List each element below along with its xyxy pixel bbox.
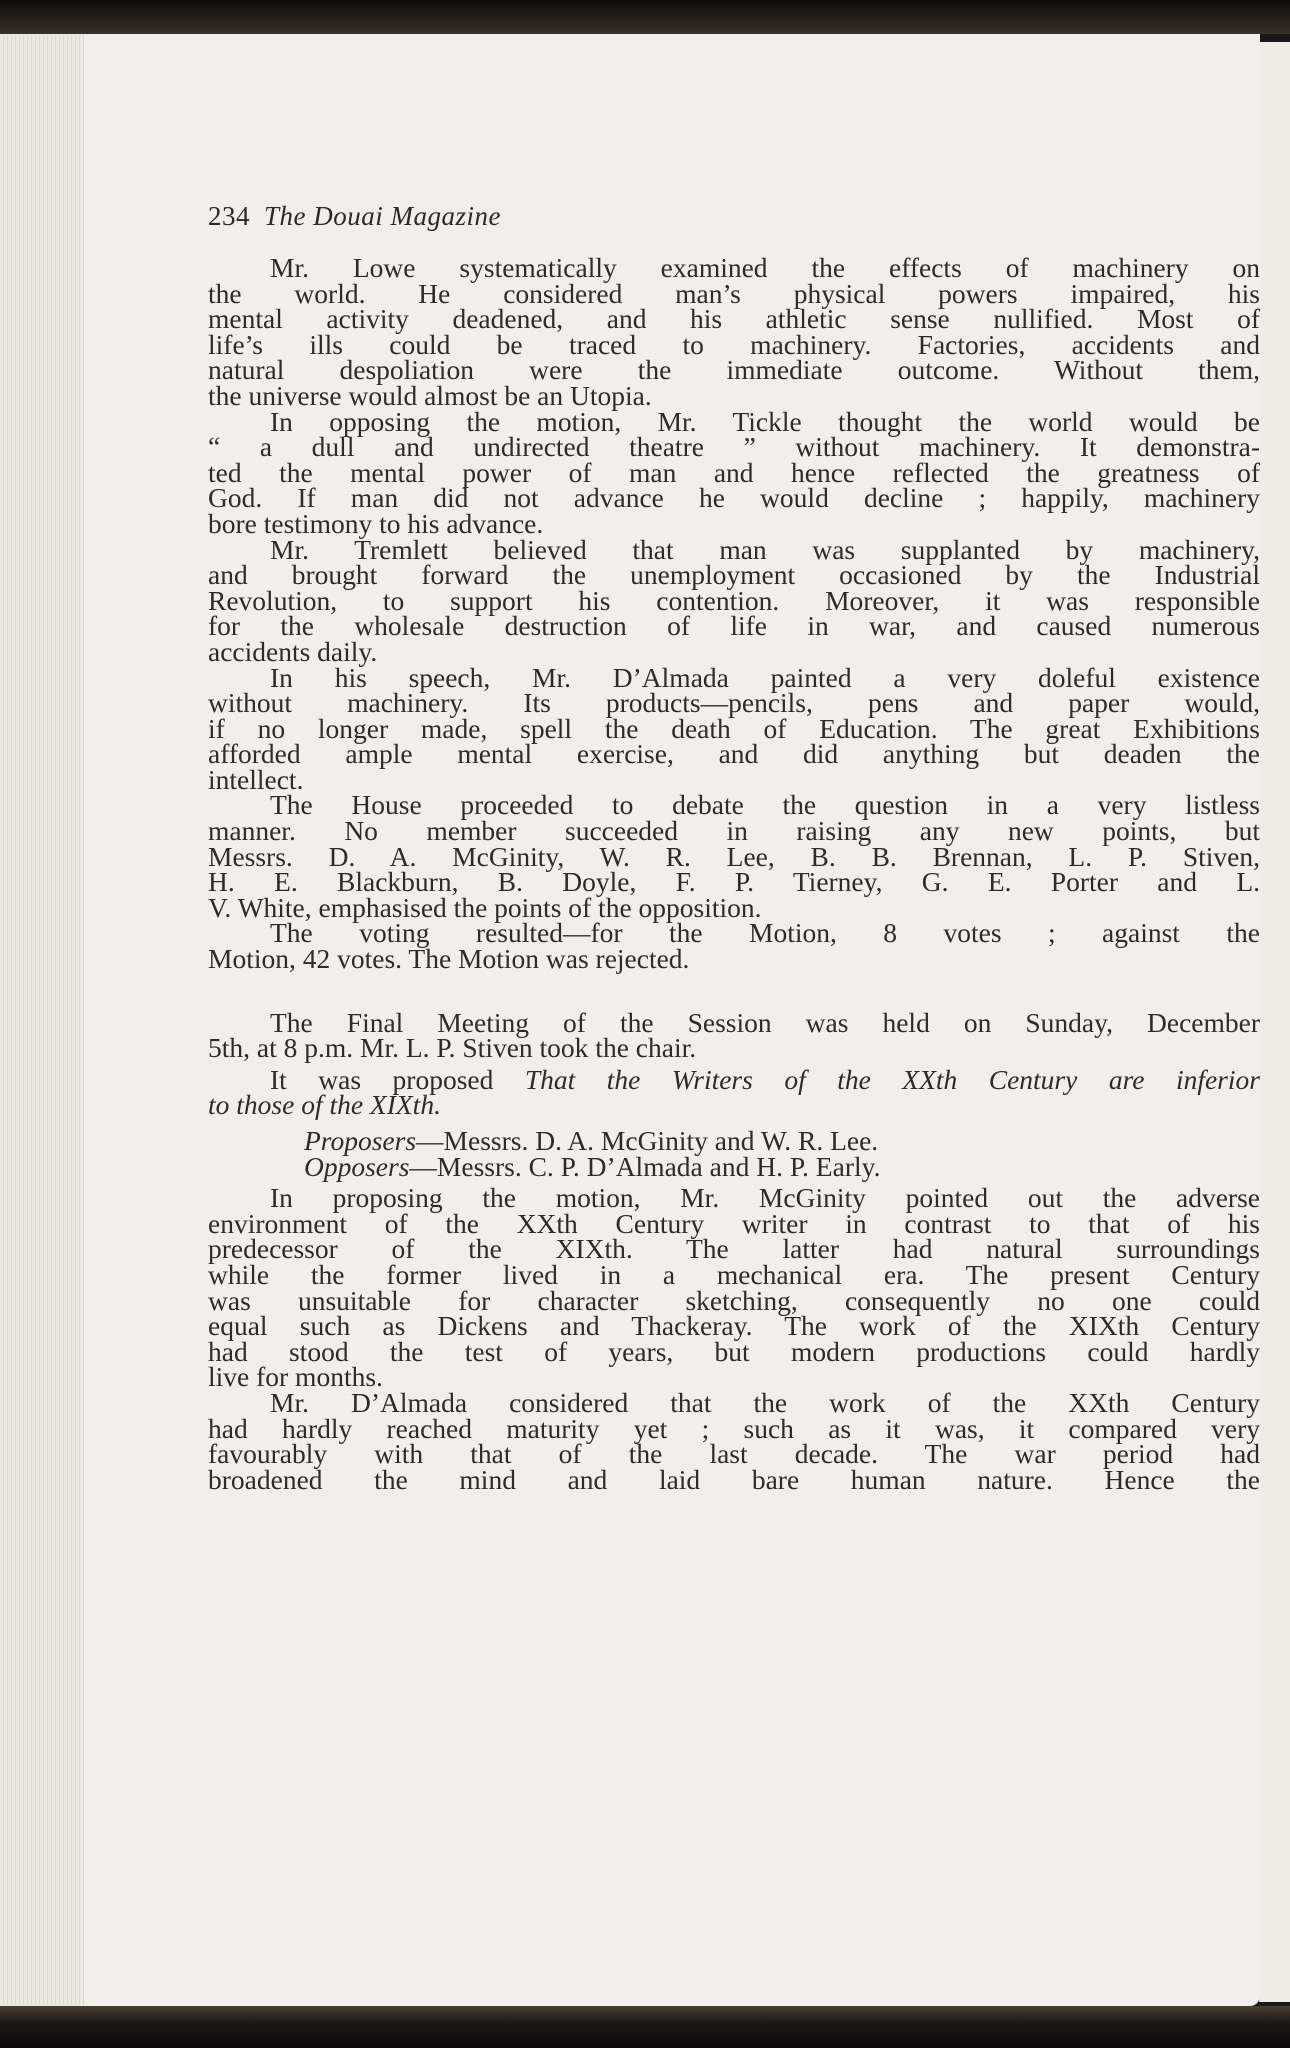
motion-text: That the Writers of the XXth Century are… [525, 1064, 1260, 1095]
opposers-names: —Messrs. C. P. D’Almada and H. P. Early. [409, 1151, 880, 1182]
publication-title: The Douai Magazine [264, 201, 501, 231]
paragraph-dalmada-writers: Mr. D’Almada considered that the work of… [208, 1390, 1260, 1492]
opposers-label: Opposers [304, 1151, 409, 1182]
opposers-line: Opposers—Messrs. C. P. D’Almada and H. P… [208, 1154, 1260, 1180]
text-line: In proposing the motion, Mr. McGinity po… [208, 1185, 1260, 1211]
text-line: Motion, 42 votes. The Motion was rejecte… [208, 946, 1260, 972]
paragraph-lowe: Mr. Lowe systematically examined the eff… [208, 255, 1260, 409]
paragraph-dalmada-machinery: In his speech, Mr. D’Almada painted a ve… [208, 665, 1260, 793]
paragraph-final-meeting: The Final Meeting of the Session was hel… [208, 1010, 1260, 1061]
book-page: 234The Douai Magazine Mr. Lowe systemati… [84, 34, 1260, 2006]
body-text: Mr. Lowe systematically examined the eff… [208, 255, 1260, 1492]
next-page-edge [1259, 42, 1290, 2002]
text-line: “ a dull and undirected theatre ” withou… [208, 434, 1260, 460]
text-line: manner. No member succeeded in raising a… [208, 818, 1260, 844]
text-line: equal such as Dickens and Thackeray. The… [208, 1313, 1260, 1339]
text-line: broadened the mind and laid bare human n… [208, 1467, 1260, 1493]
text-line: while the former lived in a mechanical e… [208, 1262, 1260, 1288]
text-line: without machinery. Its products—pencils,… [208, 690, 1260, 716]
paragraph-tickle: In opposing the motion, Mr. Tickle thoug… [208, 409, 1260, 537]
section-break [208, 972, 1260, 1010]
book-binding-top [0, 0, 1290, 34]
paragraph-house-debate: The House proceeded to debate the questi… [208, 792, 1260, 920]
text-line: afforded ample mental exercise, and did … [208, 741, 1260, 767]
running-head: 234The Douai Magazine [208, 201, 501, 232]
paragraph-tremlett: Mr. Tremlett believed that man was suppl… [208, 537, 1260, 665]
page-number: 234 [208, 201, 250, 231]
text-line: Mr. Lowe systematically examined the eff… [208, 255, 1260, 281]
paragraph-mcginity: In proposing the motion, Mr. McGinity po… [208, 1185, 1260, 1390]
text-line: H. E. Blackburn, B. Doyle, F. P. Tierney… [208, 869, 1260, 895]
text-line: favourably with that of the last decade.… [208, 1441, 1260, 1467]
paragraph-voting-result: The voting resulted—for the Motion, 8 vo… [208, 920, 1260, 971]
text-line: bore testimony to his advance. [208, 511, 1260, 537]
paragraph-motion: It was proposed That the Writers of the … [208, 1067, 1260, 1118]
text-line: and brought forward the unemployment occ… [208, 562, 1260, 588]
text-line: to those of the XIXth. [208, 1092, 1260, 1118]
text-line: mental activity deadened, and his athlet… [208, 306, 1260, 332]
book-binding-bottom [0, 2006, 1290, 2048]
text-line: accidents daily. [208, 639, 1260, 665]
text-line: the universe would almost be an Utopia. [208, 383, 1260, 409]
text-line: Mr. D’Almada considered that the work of… [208, 1390, 1260, 1416]
text-line: 5th, at 8 p.m. Mr. L. P. Stiven took the… [208, 1035, 1260, 1061]
speakers-list: Proposers—Messrs. D. A. McGinity and W. … [208, 1128, 1260, 1179]
stacked-page-edges [0, 34, 85, 2006]
motion-text-continued: to those of the XIXth. [208, 1089, 441, 1120]
